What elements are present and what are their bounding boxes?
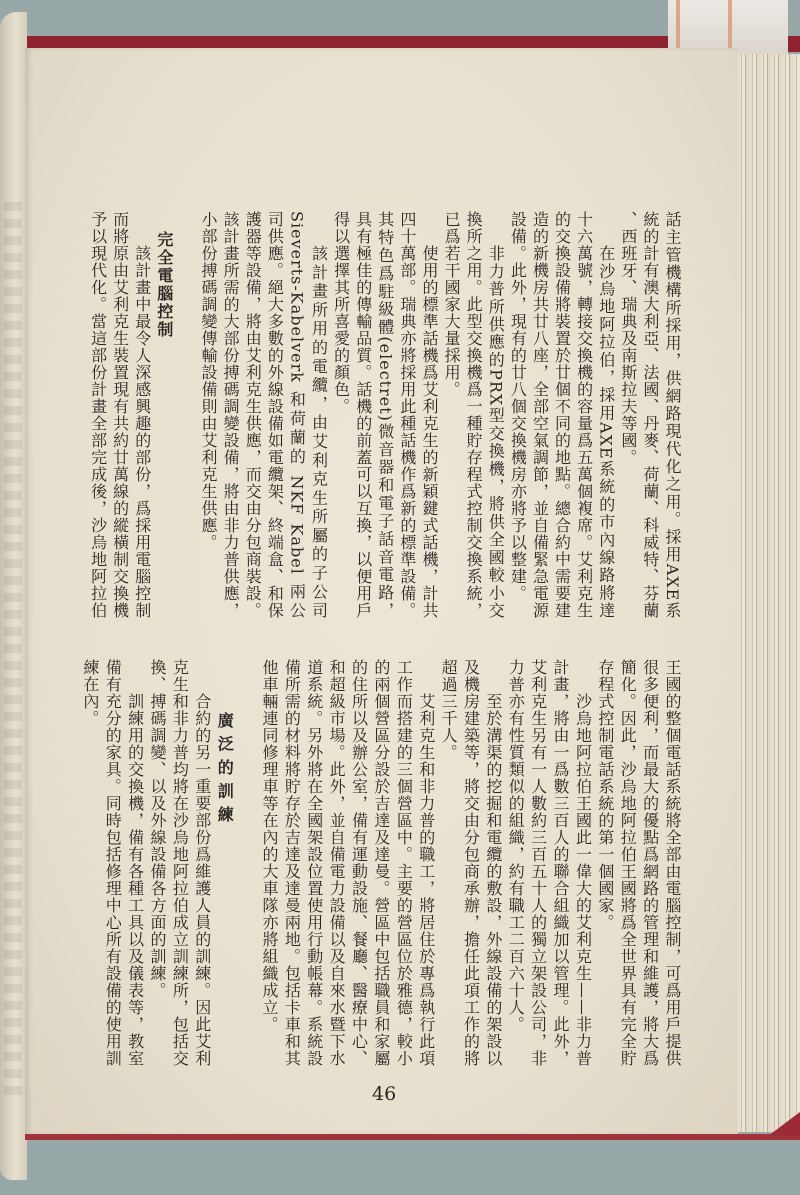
- text-column: 予以現代化。當這部份計畫全部完成後，沙烏地阿拉伯: [86, 211, 108, 619]
- text-column: 艾利克生另有一人數約三百五十人的獨立架設公司，非: [526, 659, 548, 1067]
- paragraph-start-column: 至於溝渠的挖掘和電纜的敷設，外線設備的架設以: [481, 659, 503, 1067]
- text-column: 練在內。: [78, 659, 100, 1067]
- tape-stripe: [728, 0, 732, 48]
- text-column: Sieverts-Kabelverk 和荷蘭的 NKF Kabel 兩公: [285, 211, 307, 619]
- paragraph-start-column: 非力普所供應的PRX型交換機，將供全國較小交: [484, 211, 506, 619]
- text-column: 簡化。因此，沙烏地阿拉伯王國將爲全世界具有完全貯: [616, 659, 638, 1067]
- section-heading: 完全電腦控制: [153, 211, 175, 619]
- text-column: 的交換設備將裝置於廿個不同的地點。總合約中需要建: [550, 211, 572, 619]
- paragraph-start-column: 該計畫中最令人深感興趣的部份，爲採用電腦控制: [131, 211, 153, 619]
- blank-column: [175, 211, 197, 619]
- text-column: 而將原由艾利克生裝置現有共約廿萬線的縱橫制交換機: [109, 211, 131, 619]
- text-column: 計畫，將由一爲數三百人的聯合組織加以管理。此外，: [549, 659, 571, 1067]
- text-column: 存程式控制電話系統的第一個國家。: [593, 659, 615, 1067]
- text-column: 護器等設備，將由艾利克生供應，而交由分包商裝設。: [241, 211, 263, 619]
- tape-stripe: [676, 0, 680, 48]
- text-column: 克生和非力普均將在沙烏地阿拉伯成立訓練所，包括交: [168, 659, 190, 1067]
- text-column: 力普亦有性質類似的組織，約有職工二百六十人。: [504, 659, 526, 1067]
- text-column: 很多便利，而最大的優點爲網路的管理和維護，將大爲: [638, 659, 660, 1067]
- page-stack-edge: [738, 54, 800, 1132]
- text-column: 設備。此外，現有的廿八個交換機房亦將予以整建。: [506, 211, 528, 619]
- blank-column: [235, 659, 257, 1067]
- text-column: 超過三千人。: [437, 659, 459, 1067]
- text-column: 的兩個營區分設於吉達及達曼。營區中包括職員和家屬: [370, 659, 392, 1067]
- text-column: 司供應。絕大多數的外線設備如電纜架、終端盒、和保: [263, 211, 285, 619]
- bottom-binding-edge: [25, 1134, 800, 1140]
- bottom-text-block: 王國的整個電話系統將全部由電腦控制，可爲用戶提供 很多便利，而最大的優點爲網路的…: [78, 659, 683, 1067]
- text-column: 統的計有澳大利亞、法國、丹麥、荷蘭、科威特、芬蘭: [639, 211, 661, 619]
- text-column: 道系統。另外將在全國架設位置使用行動帳幕。系統設: [302, 659, 324, 1067]
- text-column: 該計畫所需的大部份搏碼調變設備，將由非力普供應，: [219, 211, 241, 619]
- text-column: 備有充分的家具。同時包括修理中心所有設備的使用訓: [101, 659, 123, 1067]
- paragraph-start-column: 訓練用的交換機，備有各種工具以及儀表等，教室: [123, 659, 145, 1067]
- text-column: 十六萬號，轉接交換機的容量爲五萬個複席。艾利克生: [573, 211, 595, 619]
- paragraph-start-column: 沙烏地阿拉伯王國此一偉大的艾利克生——非力普: [571, 659, 593, 1067]
- text-column: 換、搏碼調變、以及外線設備各方面的訓練。: [146, 659, 168, 1067]
- text-column: 小部份搏碼調變傳輸設備則由艾利克生供應。: [197, 211, 219, 619]
- adjacent-page-edge: [0, 12, 27, 1180]
- section-heading: 廣泛的訓練: [213, 659, 235, 1067]
- paragraph-start-column: 該計畫所用的電纜，由艾利克生所屬的子公司: [307, 211, 329, 619]
- paragraph-start-column: 使用的標準話機爲艾利克生的新穎鍵式話機，計共: [418, 211, 440, 619]
- text-column: 他車輛連同修理車等在內的大車隊亦將組織成立。: [258, 659, 280, 1067]
- top-text-block: 話主管機構所採用，供網路現代化之用。採用AXE系 統的計有澳大利亞、法國、丹麥、…: [86, 211, 683, 619]
- text-column: 的住所以及辦公室，備有運動設施、餐廳、醫療中心、: [347, 659, 369, 1067]
- text-column: 四十萬部。瑞典亦將採用此種話機作爲新的標準設備。: [396, 211, 418, 619]
- paragraph-start-column: 艾利克生和非力普的職工，將居住於專爲執行此項: [414, 659, 436, 1067]
- paragraph-start-column: 合約的另一重要部份爲維護人員的訓練。因此艾利: [190, 659, 212, 1067]
- text-column: 、西班牙、瑞典及南斯拉夫等國。: [617, 211, 639, 619]
- text-column: 得以選擇其所喜愛的顏色。: [330, 211, 352, 619]
- text-column: 王國的整個電話系統將全部由電腦控制，可爲用戶提供: [661, 659, 683, 1067]
- text-column: 換所之用。此型交換機爲一種貯存程式控制交換系統，: [462, 211, 484, 619]
- paragraph-start-column: 在沙烏地阿拉伯，採用AXE系統的市內線路將達: [595, 211, 617, 619]
- adjacent-page-faint-text: [4, 202, 22, 1102]
- text-column: 和超級市場。此外，並自備電力設備以及自來水暨下水: [325, 659, 347, 1067]
- page-number: 46: [372, 1083, 396, 1105]
- text-column: 工作而搭建的三個營區中。主要的營區位於雅德，較小: [392, 659, 414, 1067]
- text-column: 及機房建築等，將交由分包商承辦，擔任此項工作的將: [459, 659, 481, 1067]
- text-column: 造的新機房共廿八座，全部空氣調節，並自備緊急電源: [528, 211, 550, 619]
- text-column: 具有極佳的傳輸品質。話機的前蓋可以互換，以便用戶: [352, 211, 374, 619]
- text-column: 已爲若干國家大量採用。: [440, 211, 462, 619]
- text-column: 備所需的材料將貯存於吉達及達曼兩地。包括卡車和其: [280, 659, 302, 1067]
- text-column: 其特色爲駐級體(electret)微音器和電子話音電路，: [374, 211, 396, 619]
- text-column: 話主管機構所採用，供網路現代化之用。採用AXE系: [661, 211, 683, 619]
